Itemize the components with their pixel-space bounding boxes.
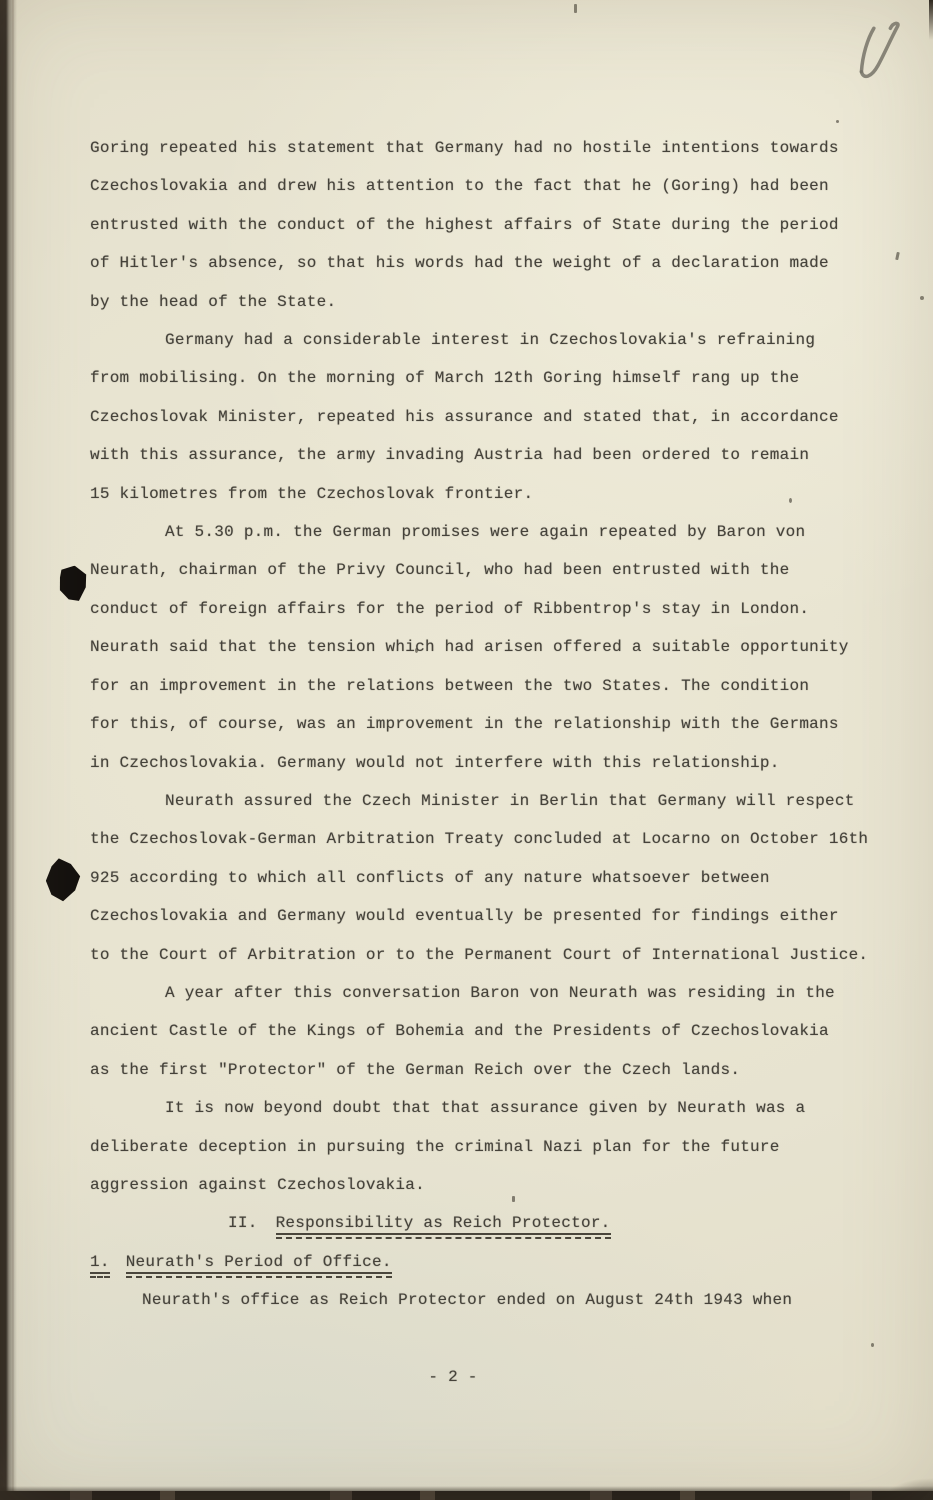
paragraph-4: Neurath assured the Czech Minister in Be… (90, 782, 896, 974)
hole-punch-mark (56, 564, 92, 605)
hole-punch-mark (44, 857, 83, 903)
subsection-heading-title: Neurath's Period of Office. (126, 1253, 392, 1274)
scan-edge-top-right (929, 0, 933, 40)
paragraph-7: Neurath's office as Reich Protector ende… (90, 1281, 896, 1319)
section-heading-title: Responsibility as Reich Protector. (276, 1214, 611, 1235)
paper-speck (920, 296, 924, 300)
section-heading-number: II. (228, 1214, 258, 1232)
document-body: Goring repeated his statement that Germa… (90, 0, 896, 1396)
scan-corner-bottom-right (873, 1474, 933, 1500)
page-number-footer: - 2 - (50, 1358, 856, 1396)
scanned-document-page: Goring repeated his statement that Germa… (0, 0, 933, 1500)
subsection-heading-number: 1. (90, 1253, 110, 1274)
paragraph-5: A year after this conversation Baron von… (90, 974, 896, 1089)
paragraph-6: It is now beyond doubt that that assuran… (90, 1089, 896, 1204)
subsection-heading: 1.Neurath's Period of Office. (90, 1243, 896, 1281)
section-heading: II.Responsibility as Reich Protector. (90, 1204, 896, 1242)
paragraph-2: Germany had a considerable interest in C… (90, 321, 896, 513)
scan-edge-bottom (0, 1491, 933, 1500)
paragraph-3: At 5.30 p.m. the German promises were ag… (90, 513, 896, 782)
paragraph-1: Goring repeated his statement that Germa… (90, 129, 896, 321)
scan-edge-left (0, 0, 18, 1500)
